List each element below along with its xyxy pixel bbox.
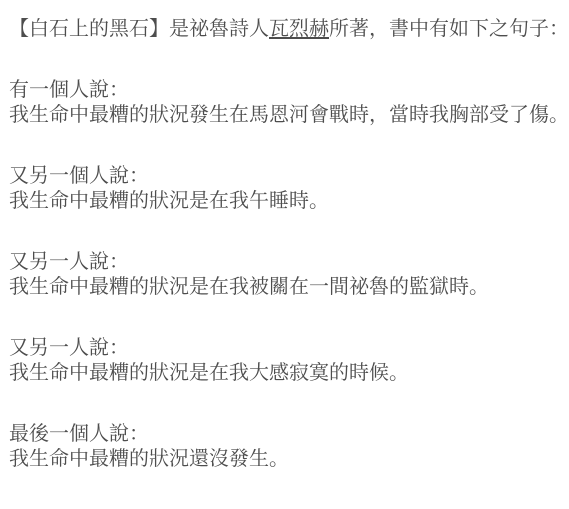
speaker-line: 又另一個人說：: [9, 164, 569, 189]
quote-paragraph-3: 又另一人說： 我生命中最糟的狀況是在我被關在一間祕魯的監獄時。: [9, 250, 569, 300]
quote-line: 我生命中最糟的狀況是在我午睡時。: [9, 189, 569, 214]
speaker-line: 有一個人說：: [9, 78, 569, 103]
author-name-underlined: 瓦烈赫: [269, 18, 329, 40]
quote-paragraph-4: 又另一人說： 我生命中最糟的狀況是在我大感寂寞的時候。: [9, 336, 569, 386]
quote-paragraph-2: 又另一個人說： 我生命中最糟的狀況是在我午睡時。: [9, 164, 569, 214]
quote-paragraph-1: 有一個人說： 我生命中最糟的狀況發生在馬恩河會戰時，當時我胸部受了傷。: [9, 78, 569, 128]
speaker-line: 又另一人說：: [9, 336, 569, 361]
title-prefix: 【白石上的黑石】是祕魯詩人: [9, 18, 269, 40]
quote-line: 我生命中最糟的狀況是在我被關在一間祕魯的監獄時。: [9, 275, 569, 300]
title-suffix: 所著，書中有如下之句子：: [329, 18, 569, 40]
quote-line: 我生命中最糟的狀況是在我大感寂寞的時候。: [9, 361, 569, 386]
quote-line: 我生命中最糟的狀況還沒發生。: [9, 447, 569, 472]
title-line: 【白石上的黑石】是祕魯詩人瓦烈赫所著，書中有如下之句子：: [9, 17, 569, 42]
speaker-line: 最後一個人說：: [9, 422, 569, 447]
quote-line: 我生命中最糟的狀況發生在馬恩河會戰時，當時我胸部受了傷。: [9, 103, 569, 128]
document-page: 【白石上的黑石】是祕魯詩人瓦烈赫所著，書中有如下之句子： 有一個人說： 我生命中…: [0, 0, 569, 509]
speaker-line: 又另一人說：: [9, 250, 569, 275]
quote-paragraph-5: 最後一個人說： 我生命中最糟的狀況還沒發生。: [9, 422, 569, 472]
